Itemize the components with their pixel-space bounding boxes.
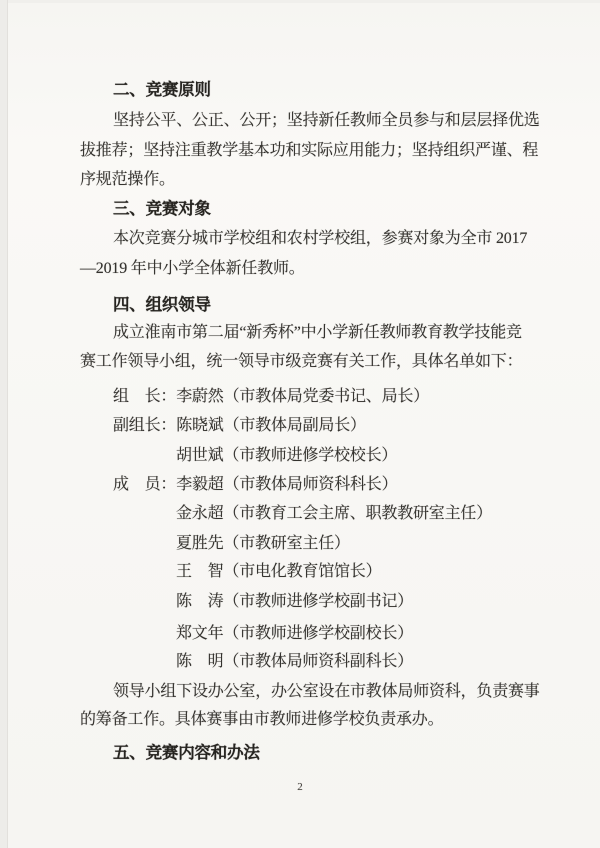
text-line: 陈 明（市教体局师资科副科长） [176,653,413,671]
text-line: 本次竞赛分城市学校组和农村学校组，参赛对象为全市 2017 [113,230,527,248]
document-text-layer: 二、竞赛原则坚持公平、公正、公开；坚持新任教师全员参与和层层择优选拔推荐；坚持注… [0,0,600,848]
page-number: 2 [0,782,600,793]
section-heading: 二、竞赛原则 [113,81,211,100]
text-line: 的筹备工作。具体赛事由市教师进修学校负责承办。 [80,711,443,729]
text-line: 序规范操作。 [80,171,175,189]
document-page: 二、竞赛原则坚持公平、公正、公开；坚持新任教师全员参与和层层择优选拔推荐；坚持注… [0,0,600,848]
text-line: 王 智（市电化教育馆馆长） [176,563,381,581]
section-heading: 四、组织领导 [113,296,211,315]
text-line: 组 长：李蔚然（市教体局党委书记、局长） [113,388,429,406]
text-line: 陈 涛（市教师进修学校副书记） [176,593,413,611]
text-line: 金永超（市教育工会主席、职教教研室主任） [176,505,492,523]
text-line: 成 员：李毅超（市教体局师资科科长） [113,476,397,494]
text-line: 郑文年（市教师进修学校副校长） [176,625,413,643]
section-heading: 三、竞赛对象 [113,200,211,219]
text-line: 拔推荐；坚持注重教学基本功和实际应用能力；坚持组织严谨、程 [80,142,538,160]
text-line: 领导小组下设办公室，办公室设在市教体局师资科，负责赛事 [113,683,540,701]
text-line: 副组长：陈晓斌（市教体局副局长） [113,417,366,435]
text-line: 坚持公平、公正、公开；坚持新任教师全员参与和层层择优选 [113,112,540,130]
text-line: —2019 年中小学全体新任教师。 [80,260,305,278]
text-line: 胡世斌（市教师进修学校校长） [176,447,397,465]
section-heading: 五、竞赛内容和办法 [113,744,260,763]
text-line: 赛工作领导小组，统一领导市级竞赛有关工作，具体名单如下： [80,353,522,371]
text-line: 成立淮南市第二届“新秀杯”中小学新任教师教育教学技能竞 [113,324,522,342]
text-line: 夏胜先（市教研室主任） [176,535,350,553]
